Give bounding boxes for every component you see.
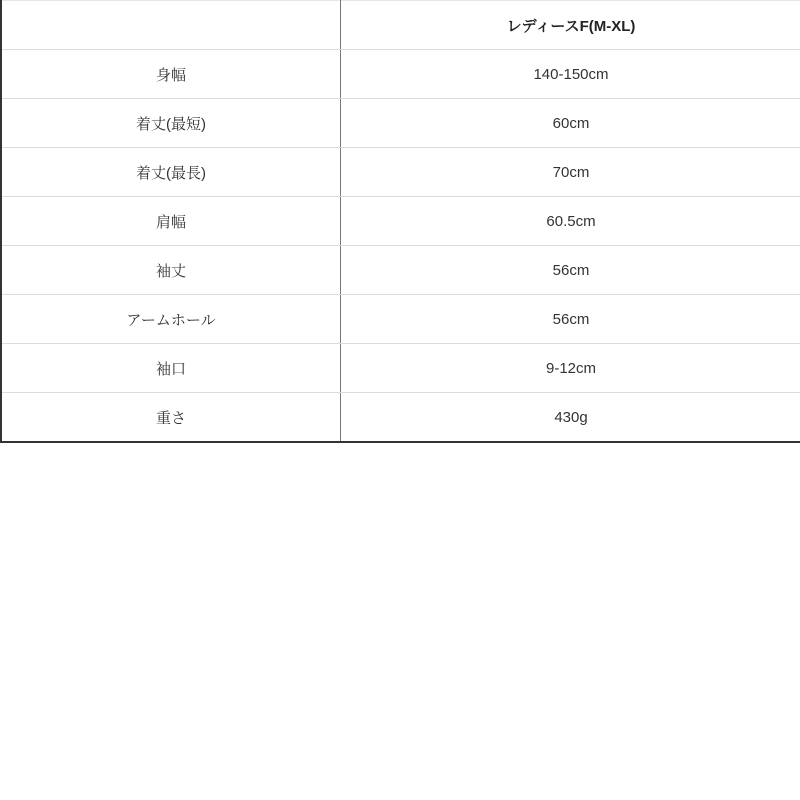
header-size-cell: レディースF(M-XL) [341, 1, 800, 50]
row-label: 重さ [1, 393, 341, 443]
row-label: 肩幅 [1, 197, 341, 246]
row-value: 56cm [341, 246, 800, 295]
row-label: 着丈(最長) [1, 148, 341, 197]
row-value: 60.5cm [341, 197, 800, 246]
header-label-cell [1, 1, 341, 50]
row-value: 56cm [341, 295, 800, 344]
row-label: 袖口 [1, 344, 341, 393]
table-row: 袖口 9-12cm [1, 344, 800, 393]
row-label: 着丈(最短) [1, 99, 341, 148]
row-value: 9-12cm [341, 344, 800, 393]
table-row: 肩幅 60.5cm [1, 197, 800, 246]
size-table: レディースF(M-XL) 身幅 140-150cm 着丈(最短) 60cm 着丈… [0, 0, 800, 443]
table-row: 重さ 430g [1, 393, 800, 443]
row-label: 袖丈 [1, 246, 341, 295]
table-row: 袖丈 56cm [1, 246, 800, 295]
table-header-row: レディースF(M-XL) [1, 1, 800, 50]
table-row: アームホール 56cm [1, 295, 800, 344]
table-row: 身幅 140-150cm [1, 50, 800, 99]
row-value: 60cm [341, 99, 800, 148]
table-row: 着丈(最短) 60cm [1, 99, 800, 148]
table-row: 着丈(最長) 70cm [1, 148, 800, 197]
row-value: 430g [341, 393, 800, 443]
row-value: 140-150cm [341, 50, 800, 99]
row-label: アームホール [1, 295, 341, 344]
row-label: 身幅 [1, 50, 341, 99]
row-value: 70cm [341, 148, 800, 197]
